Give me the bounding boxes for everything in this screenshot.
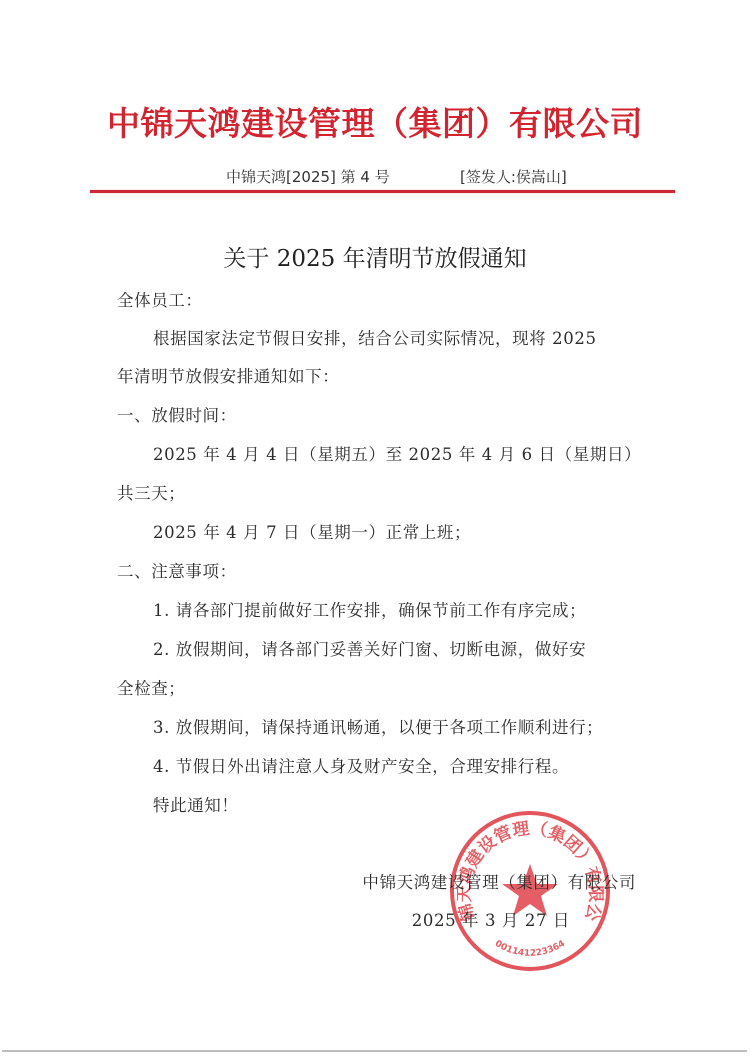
signature-date: 2025 年 3 月 27 日 <box>412 907 570 931</box>
return-to-work-line: 2025 年 4 月 7 日（星期一）正常上班； <box>153 519 471 543</box>
organization-header: 中锦天鸿建设管理（集团）有限公司 <box>0 98 750 145</box>
holiday-period-line: 2025 年 4 月 4 日（星期五）至 2025 年 4 月 6 日（星期日） <box>153 441 641 465</box>
document-number: 中锦天鸿[2025] 第 4 号 <box>226 166 390 187</box>
document-title: 关于 2025 年清明节放假通知 <box>0 240 750 273</box>
issuer-label: [签发人:侯嵩山] <box>460 166 567 187</box>
page-bottom-edge <box>2 1050 747 1052</box>
closing-remark: 特此通知！ <box>153 792 239 816</box>
intro-line-1: 根据国家法定节假日安排，结合公司实际情况，现将 2025 <box>153 325 597 349</box>
signature-organization: 中锦天鸿建设管理（集团）有限公司 <box>362 869 636 893</box>
salutation: 全体员工： <box>117 287 203 311</box>
holiday-total-line: 共三天； <box>117 480 185 504</box>
notice-item-3: 3. 放假期间，请保持通讯畅通，以便于各项工作顺利进行； <box>153 714 603 738</box>
notice-item-1: 1. 请各部门提前做好工作安排，确保节前工作有序完成； <box>153 597 586 621</box>
header-divider <box>90 190 675 193</box>
intro-line-2: 年清明节放假安排通知如下： <box>117 363 339 387</box>
notice-item-2-cont: 全检查； <box>117 675 185 699</box>
section1-heading: 一、放假时间： <box>117 402 237 426</box>
svg-text:001141223364: 001141223364 <box>493 939 567 959</box>
notice-item-4: 4. 节假日外出请注意人身及财产安全，合理安排行程。 <box>153 753 569 777</box>
notice-item-2: 2. 放假期间，请各部门妥善关好门窗、切断电源，做好安 <box>153 636 586 660</box>
section2-heading: 二、注意事项： <box>117 558 237 582</box>
